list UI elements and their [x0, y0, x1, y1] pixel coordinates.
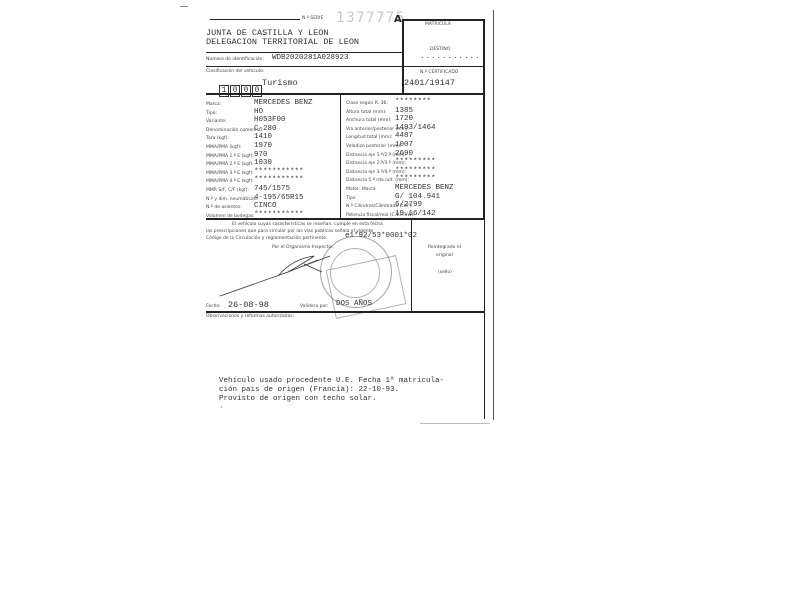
spec-value: MERCEDES BENZ [395, 184, 454, 192]
spec-value: 19.16/142 [395, 210, 436, 218]
cert-text-line3: Código de la Circulación y reglamentació… [206, 236, 327, 241]
reintegrado-line1: Reintegrado el [428, 245, 461, 250]
spec-label: Clase según R. 36: [346, 101, 388, 106]
certificado-value: 2401/19147 [404, 78, 455, 88]
spec-value: 1385 [395, 107, 413, 115]
spec-label: MMR S/F, C/F (kgf): [206, 188, 249, 193]
spec-label: Longitud total (mm): [346, 135, 393, 140]
spec-value: 1410 [254, 133, 272, 141]
vin-value: WDB2020281A028923 [272, 54, 349, 62]
spec-label: MMA/PMA 2.º E (kgf): [206, 162, 254, 167]
observaciones-line2: ción pais de origen (Francia): 22-10-93. [219, 386, 399, 394]
spec-value: H053F00 [254, 116, 286, 124]
spec-label: MMA/PMA (kgf): [206, 145, 242, 150]
fecha-value: 26-08-98 [228, 300, 269, 310]
validez-value: DOS AÑOS [336, 300, 372, 308]
spec-label: Tipo [346, 196, 355, 201]
spec-value: 1007 [395, 141, 413, 149]
scan-mark [180, 6, 188, 7]
serie-label: N.º SERIE [302, 16, 323, 21]
spec-value: CINCO [254, 202, 277, 210]
observaciones-line3: Provisto de origen con techo solar. [219, 395, 377, 403]
spec-value: 2690 [395, 150, 413, 158]
destino-label: DESTINO [430, 47, 450, 52]
serie-letter: A [394, 14, 402, 25]
spec-label: Variante: [206, 119, 226, 124]
certificado-label: N.º CERTIFICADO [420, 70, 458, 75]
spec-value: ********* [395, 167, 436, 175]
spec-label: Tara (kgf): [206, 136, 229, 141]
spec-value: 4487 [395, 132, 413, 140]
spec-label: Tipo: [206, 111, 217, 116]
sello-label: (sello) [438, 270, 452, 275]
spec-value: 1030 [254, 159, 272, 167]
spec-label: N.º de asientos: [206, 205, 242, 210]
class-digit: 0 [252, 85, 262, 97]
matricula-label: MATRICULA [425, 22, 451, 27]
validez-label: Validera por: [300, 304, 329, 309]
observaciones-line1: Vehículo usado procedente U.E. Fecha 1ª … [219, 377, 444, 385]
spec-value: HO [254, 108, 263, 116]
class-digit: 0 [230, 85, 240, 97]
serie-rule [210, 19, 300, 20]
spec-value: 970 [254, 151, 268, 159]
spec-label: MMA/PMA 4.º E (kgf): [206, 179, 254, 184]
spec-value: 745/1575 [254, 185, 290, 193]
observaciones-label: Observaciones y reformas autorizadas: [206, 314, 294, 319]
spec-label: MMA/PMA 3.º E (kgf): [206, 171, 254, 176]
spec-label: MMA/PMA 1.º E (kgf): [206, 154, 254, 159]
spec-value: 6/2799 [395, 201, 422, 209]
spec-value: 1970 [254, 142, 272, 150]
class-digit: 0 [241, 85, 251, 97]
spec-label: Anchura total (mm): [346, 118, 392, 123]
spec-label: Motor: Marca [346, 187, 376, 192]
vehicle-certificate-document: N.º SERIE 1377775 A MATRICULA DESTINO ..… [0, 0, 800, 600]
spec-value: 1493/1464 [395, 124, 436, 132]
org-line2: DELEGACION TERRITORIAL DE LEON [206, 37, 359, 47]
class-digit: 1 [219, 85, 229, 97]
spec-label: Marca: [206, 102, 221, 107]
spec-value: C-280 [254, 125, 277, 133]
spec-value: *********** [254, 176, 304, 184]
spec-value: ********* [395, 158, 436, 166]
fecha-label: Fecha: [206, 304, 221, 309]
spec-value: ******** [395, 98, 431, 106]
reintegrado-line2: original [436, 253, 453, 258]
spec-value: 1720 [395, 115, 413, 123]
class-text: Turismo [262, 78, 298, 88]
spec-value: *********** [254, 168, 304, 176]
spec-label: Altura total (mm): [346, 110, 387, 115]
spec-value: G/ 104.941 [395, 193, 440, 201]
spec-value: 4-195/65R15 [254, 194, 304, 202]
spec-value: ********* [395, 175, 436, 183]
stray-mark: · [219, 404, 224, 412]
spec-label: N.º y dim. neumáticos: [206, 197, 258, 202]
id-label: Número de identificación: [206, 57, 264, 62]
spec-value: MERCEDES BENZ [254, 99, 313, 107]
cert-text-line1: El vehículo cuyas características se res… [232, 222, 383, 227]
class-label: Clasificación del vehículo: [206, 69, 264, 74]
spec-label: Voladizo posterior (mm): [346, 144, 402, 149]
destino-value: ........... [420, 53, 481, 61]
